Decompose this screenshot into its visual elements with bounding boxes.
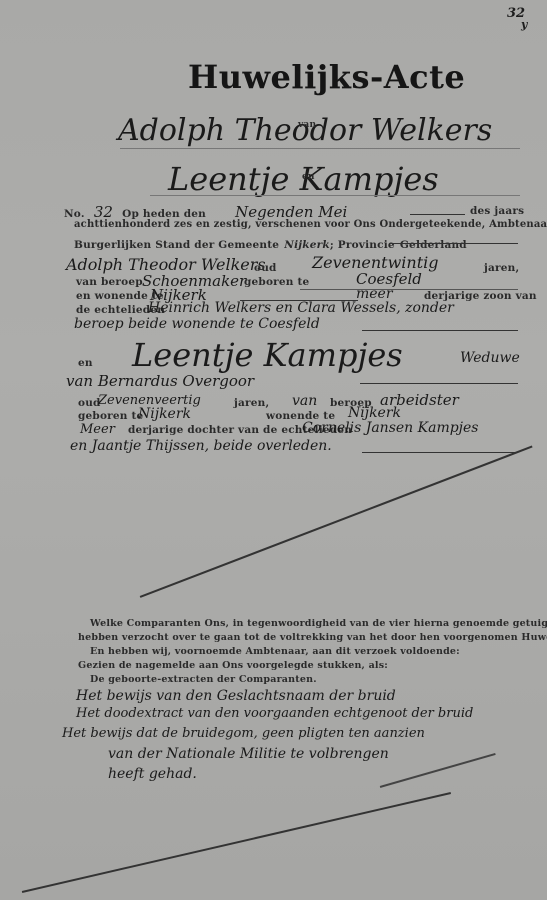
groom-parents-rule bbox=[362, 330, 518, 331]
provincie-value: Gelderland bbox=[400, 239, 467, 251]
printed-line-4: Gezien de nagemelde aan Ons voorgelegde … bbox=[78, 660, 388, 671]
bride-residence: Nijkerk bbox=[348, 405, 401, 421]
bride-parents-rule bbox=[362, 452, 518, 453]
groom-beroep-label: van beroep bbox=[76, 276, 143, 288]
line3-fill-rule bbox=[390, 243, 518, 244]
document-item-3: Het bewijs dat de bruidegom, geen pligte… bbox=[62, 726, 425, 741]
bride-widow-of: van Bernardus Overgoor bbox=[66, 372, 254, 390]
gemeente-label: Burgerlijken Stand der Gemeente bbox=[74, 239, 279, 251]
closing-stroke bbox=[380, 753, 496, 788]
groom-jaren-label: jaren, bbox=[484, 262, 519, 274]
bride-geboren-label: geboren te bbox=[78, 410, 143, 422]
groom-parents-cont: beroep beide wonende te Coesfeld bbox=[74, 316, 320, 332]
document-item-2: Het doodextract van den voorgaanden echt… bbox=[76, 706, 473, 721]
document-title: Huwelijks-Acte bbox=[188, 58, 465, 96]
printed-line-5: De geboorte-extracten der Comparanten. bbox=[90, 674, 317, 685]
date-fill-rule bbox=[410, 214, 465, 215]
heading-groom-name: Adolph Theodor Welkers bbox=[118, 113, 492, 148]
bride-parents: Cornelis Jansen Kampjes bbox=[302, 420, 479, 436]
bride-widow-rule bbox=[360, 383, 518, 384]
bride-meerderjarig: Meer bbox=[80, 422, 115, 437]
page-subnumber: y bbox=[521, 18, 527, 31]
bride-birthplace: Nijkerk bbox=[138, 406, 191, 422]
groom-oud-label: oud bbox=[254, 262, 277, 274]
bride-en-label: en bbox=[78, 357, 93, 369]
printed-line-1: Welke Comparanten Ons, in tegenwoordighe… bbox=[90, 618, 547, 629]
groom-geboren-label: geboren te bbox=[244, 276, 309, 288]
groom-parents: Heinrich Welkers en Clara Wessels, zonde… bbox=[148, 300, 454, 316]
printed-line-2: hebben verzocht over te gaan tot de volt… bbox=[78, 632, 547, 643]
document-item-1: Het bewijs van den Geslachtsnaam der bru… bbox=[76, 688, 396, 704]
des-jaars-label: des jaars bbox=[470, 205, 524, 217]
act-line-2: achttienhonderd zes en zestig, verschene… bbox=[74, 219, 547, 230]
cancellation-stroke-upper bbox=[140, 446, 533, 598]
bride-parents-cont: en Jaantje Thijssen, beide overleden. bbox=[70, 438, 332, 454]
heading-van-label: van bbox=[298, 120, 316, 130]
gemeente-value: Nijkerk bbox=[284, 239, 330, 251]
document-item-4: van der Nationale Militie te volbrengen bbox=[108, 746, 389, 762]
bride-van: van bbox=[292, 393, 317, 409]
bride-widow-note: Weduwe bbox=[460, 350, 520, 366]
heading-rule-2 bbox=[150, 195, 520, 196]
heading-rule bbox=[120, 148, 520, 149]
printed-line-3: En hebben wij, voornoemde Ambtenaar, aan… bbox=[90, 646, 460, 657]
heading-en-label: en bbox=[302, 172, 315, 182]
bride-jaren-label: jaren, bbox=[234, 397, 269, 409]
provincie-label: ; Provincie bbox=[330, 239, 395, 251]
bride-name: Leentje Kampjes bbox=[132, 336, 403, 374]
cancellation-stroke-lower bbox=[22, 792, 451, 892]
document-item-5: heeft gehad. bbox=[108, 766, 197, 782]
marriage-certificate-page: 32 y Huwelijks-Acte Adolph Theodor Welke… bbox=[0, 0, 547, 900]
